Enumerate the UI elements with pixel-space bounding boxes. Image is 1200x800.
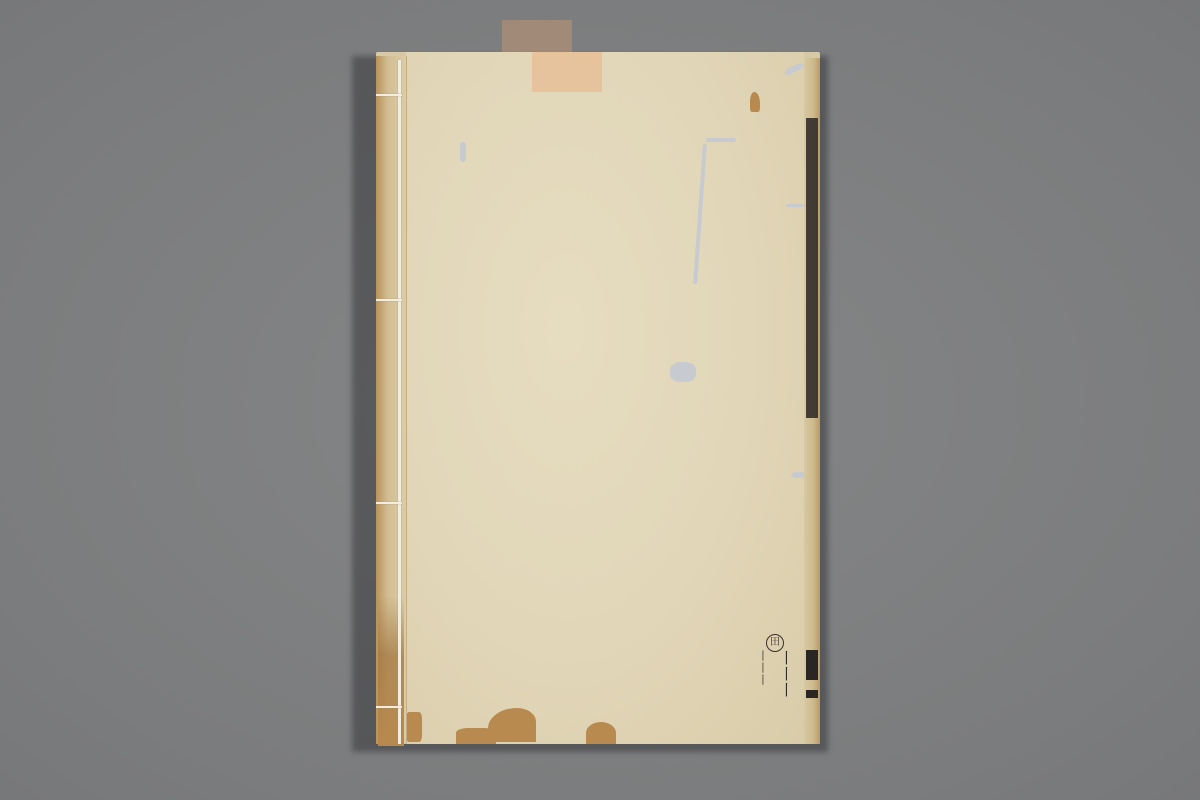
stitch-loop [376,502,402,504]
stitch-loop [376,299,402,301]
inscription-column: 丨丨丨 [776,650,797,736]
paper-loss [460,142,466,162]
fore-edge-ink-marks [806,118,818,418]
book-spine [376,56,407,744]
paper-loss [670,362,696,382]
inscription-column: 丨丨丨 [754,650,770,736]
fore-edge-ink-marks [806,650,818,680]
paper-loss [784,62,805,76]
stain [406,712,422,742]
stain [586,722,616,744]
paper-loss [693,144,707,284]
stain [750,92,760,112]
paper-loss [706,138,736,142]
title-slip-remnant [532,52,602,92]
stitch-loop [376,706,402,708]
stitch-bound-book: 田 丨丨丨 丨丨丨 丨丨丨 [376,52,820,744]
stain [456,728,496,744]
stitch-loop [376,94,402,96]
fore-edge-ink-marks [806,690,818,698]
book-cover: 田 丨丨丨 丨丨丨 丨丨丨 [406,52,804,744]
binding-thread [398,60,401,744]
